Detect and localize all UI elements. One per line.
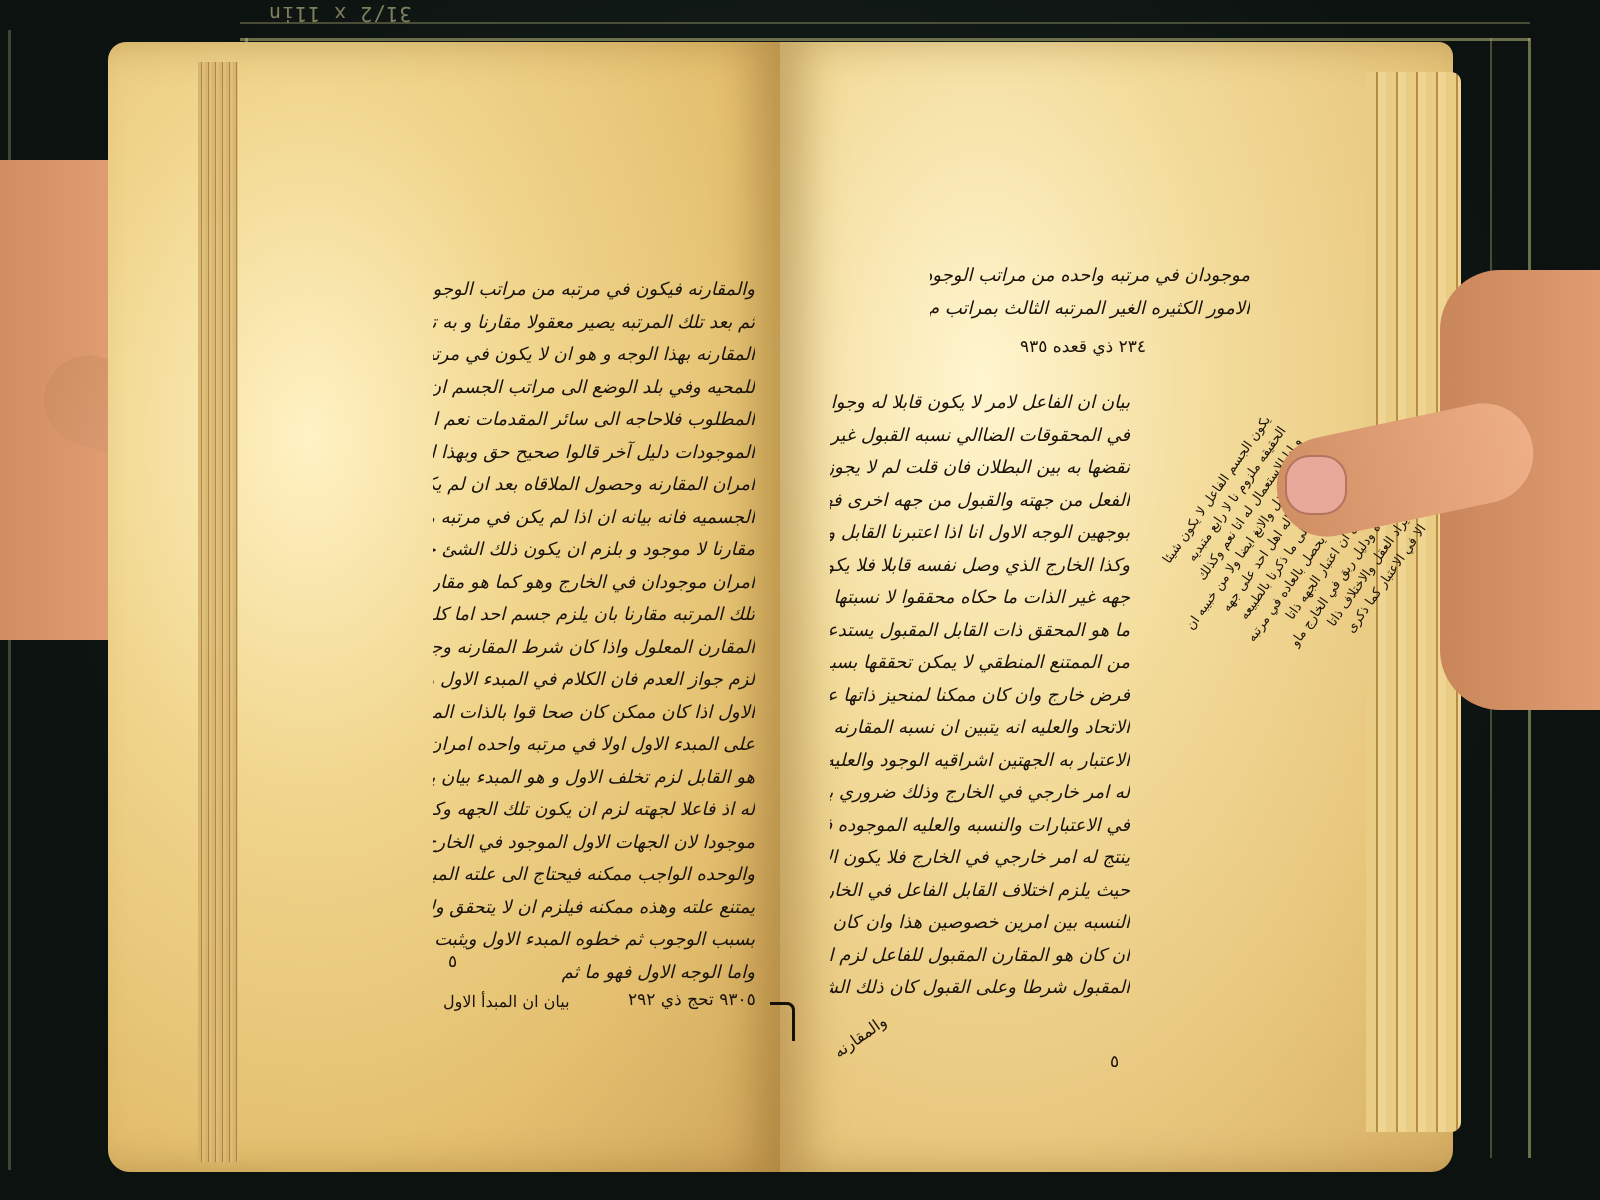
text-line: الاول اذا كان ممكن كان صحا قوا بالذات ال… [433,697,755,730]
left-page-text: والمقارنه فيكون في مرتبه من مراتب الوجود… [433,274,755,989]
text-line: حيث يلزم اختلاف القابل الفاعل في الخارج … [830,875,1130,908]
text-line: النسبه بين امرين خصوصين هذا وان كان القب… [830,907,1130,940]
text-line: للمحيه وفي بلد الوضع الى مراتب الجسم ان … [433,372,755,405]
mat-size-label: 31/2 x 11in [268,2,411,26]
text-line: على المبدء الاول اولا في مرتبه واحده امر… [433,729,755,762]
left-page-folio: ٩٣٠٥ تحج ذي ٢٩٢ [628,990,756,1010]
text-line: جهه غير الذات ما حكاه محققوا لا نسبتها ف… [830,582,1130,615]
text-line: ان كان هو المقارن المقبول للفاعل لزم امك… [830,940,1130,973]
text-line: ثم بعد تلك المرتبه يصير معقولا مقارنا و … [433,307,755,340]
text-line: تلك المرتبه مقارنا بان يلزم جسم احد اما … [433,599,755,632]
text-line: له امر خارجي في الخارج وذلك ضروري بين فا… [830,777,1130,810]
text-line: الموجودات دليل آخر قالوا صحيح حق وبهذا ا… [433,437,755,470]
text-line: المقبول شرطا وعلى القبول كان ذلك الشرط و… [830,972,1130,1005]
text-line: واما الوجه الاول فهو ما ثم شامل لكل بسيط [562,957,755,990]
text-line: نقضها به بين البطلان فان قلت لم لا يجوز … [830,452,1130,485]
text-line: من الممتنع المنطقي لا يمكن تحققها بسبب ف… [830,647,1130,680]
text-line: بوجهين الوجه الاول انا اذا اعتبرنا القاب… [830,517,1130,550]
left-page: والمقارنه فيكون في مرتبه من مراتب الوجود… [108,42,780,1172]
text-line: هو القابل لزم تخلف الاول و هو المبدء بيا… [433,762,755,795]
text-line: المقارن المعلول واذا كان شرط المقارنه وج… [433,632,755,665]
text-line: لزم جواز العدم فان الكلام في المبدء الاو… [433,664,755,697]
right-thumbnail [1285,455,1347,515]
text-line: بسبب الوجوب ثم خطوه المبدء الاول ويثبت ا… [433,924,755,957]
open-manuscript: والمقارنه فيكون في مرتبه من مراتب الوجود… [108,42,1453,1172]
text-line: والمقارنه فيكون في مرتبه من مراتب الوجود… [433,274,755,307]
left-page-catchword: بيان ان المبدأ الاول [443,992,570,1011]
text-line: الاعتبار به الجهتين اشراقيه الوجود والعل… [830,745,1130,778]
right-page-header-text: موجودان في مرتبه واحده من مراتب الوجود ع… [930,260,1250,325]
text-line: وكذا الخارج الذي وصل نفسه قابلا فلا يكون… [830,550,1130,583]
text-line: يمتنع علته وهذه ممكنه فيلزم ان لا يتحقق … [433,892,755,925]
text-line: بيان ان الفاعل لامر لا يكون قابلا له وجو… [830,387,1130,420]
text-line: الجسميه فانه بيانه ان اذا لم يكن في مرتب… [433,502,755,535]
right-page: موجودان في مرتبه واحده من مراتب الوجود ع… [780,42,1453,1172]
text-line: موجودان في مرتبه واحده من مراتب الوجود ع… [930,260,1250,293]
right-page-catchword: والمقارنه [830,1012,890,1062]
text-line: مقارنا لا موجود و بلزم ان يكون ذلك الشئ … [433,534,755,567]
text-line: له اذ فاعلا لجهته لزم ان يكون تلك الجهه … [433,794,755,827]
text-line: فرض خارج وان كان ممكنا لمنحيز ذاتها علين… [830,680,1130,713]
gutter-bracket-mark [770,1002,795,1041]
text-line: في المحقوقات الضاالي نسبه القبول غير نسب… [830,420,1130,453]
left-page-marker: ٥ [448,952,457,972]
text-line: ينتج له امر خارجي في الخارج فلا يكون الا… [830,842,1130,875]
text-line: الاتحاد والعليه انه يتبين ان نسبه المقار… [830,712,1130,745]
text-line: الامور الكثيره الغير المرتبه الثالث بمرا… [930,293,1250,326]
mat-grid-line [240,22,1530,24]
right-page-marker: ٥ [1110,1052,1119,1072]
right-page-folio: ٢٣٤ ذي قعده ٩٣٥ [1020,337,1146,357]
text-line: الفعل من جهته والقبول من جهه اخرى فهذا ا… [830,485,1130,518]
text-line: في الاعتبارات والنسبه والعليه الموجوده ف… [830,810,1130,843]
left-page-fold-lines [198,62,238,1162]
text-line: ما هو المحقق ذات القابل المقبول يستدعي م… [830,615,1130,648]
text-line: امران المقارنه وحصول الملاقاه بعد ان لم … [433,469,755,502]
mat-grid-line [240,38,1530,41]
text-line: المقارنه بهذا الوجه و هو ان لا يكون في م… [433,339,755,372]
text-line: امران موجودان في الخارج وهو كما هو مقارن… [433,567,755,600]
text-line: المطلوب فلاحاجه الى سائر المقدمات نعم ان… [433,404,755,437]
text-line: والوحده الواجب ممكنه فيحتاج الى علته الم… [433,859,755,892]
right-page-main-text: بيان ان الفاعل لامر لا يكون قابلا له وجو… [830,387,1130,1005]
text-line: موجودا لان الجهات الاول الموجود في الخار… [433,827,755,860]
